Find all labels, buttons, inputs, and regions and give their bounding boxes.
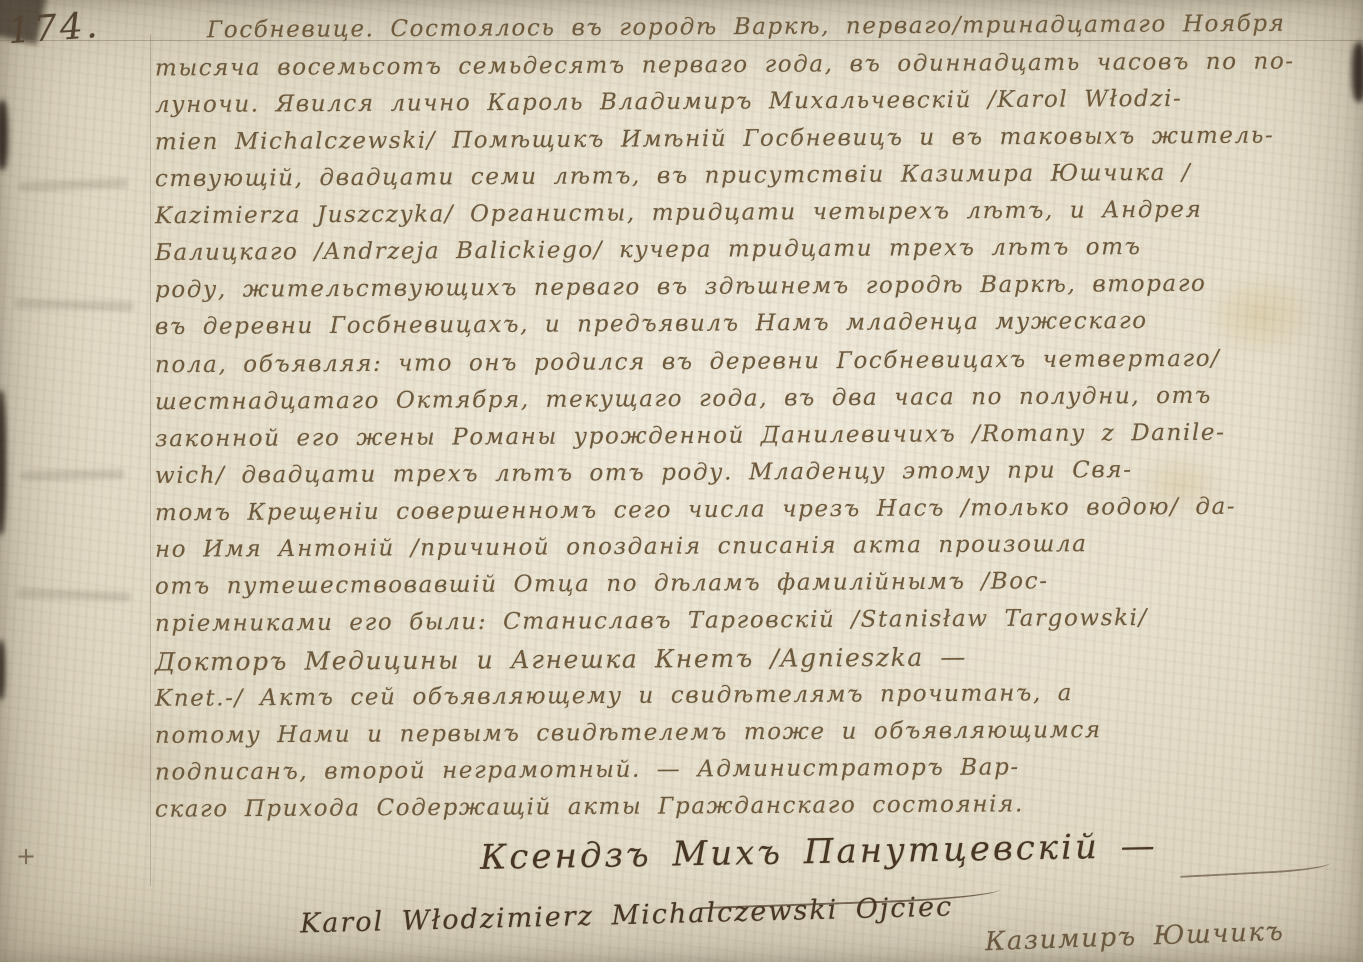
record-number: 174.	[7, 5, 102, 52]
text-line-1: Госбневице. Состоялось въ городѣ Варкѣ, …	[207, 11, 1286, 44]
text-line-19: Knet.-/ Актъ сей объявляющему и свидѣтел…	[155, 680, 1073, 712]
text-line-8: роду, жительствующихъ перваго въ здѣшнем…	[155, 271, 1207, 303]
text-line-13: wich/ двадцати трехъ лѣтъ отъ роду. Млад…	[155, 457, 1133, 489]
text-line-2: тысяча восемьсотъ семьдесятъ перваго год…	[155, 49, 1295, 82]
text-line-10: пола, объявляя: что онъ родился въ дерев…	[155, 346, 1221, 379]
signature-flourish	[1180, 858, 1330, 878]
text-line-12: законной его жены Романы урожденной Дани…	[155, 420, 1226, 453]
priest-signature: Ксендзъ Михъ Панутцевскій —	[480, 826, 1158, 878]
scanned-document-page: 174. + Госбневице. Состоялось въ городѣ …	[0, 0, 1363, 962]
bleedthrough-mark	[14, 298, 134, 311]
bleedthrough-mark	[18, 178, 128, 192]
bleedthrough-mark	[16, 588, 131, 602]
text-line-15: но Имя Антоній /причиной опозданія списа…	[155, 531, 1088, 563]
text-line-11: шестнадцатаго Октября, текущаго года, въ…	[155, 383, 1212, 415]
edge-smudge	[0, 390, 6, 535]
bleedthrough-mark	[20, 469, 125, 481]
text-line-7: Балицкаго /Andrzeja Balickiego/ кучера т…	[155, 234, 1142, 266]
text-line-14: томъ Крещеніи совершенномъ сего числа чр…	[155, 494, 1236, 527]
text-line-18: Докторъ Медицины и Агнешка Кнетъ /Agnies…	[155, 643, 967, 677]
text-line-6: Kazimierza Juszczyka/ Органисты, тридцат…	[155, 197, 1203, 229]
text-line-9: въ деревни Госбневицахъ, и предъявилъ На…	[155, 308, 1148, 340]
witness-signature: Казимиръ Юшчикъ	[985, 917, 1285, 957]
text-line-4: mien Michalczewski/ Помѣщикъ Имѣній Госб…	[155, 123, 1274, 156]
text-line-3: луночи. Явился лично Кароль Владимиръ Ми…	[155, 86, 1183, 118]
edge-smudge	[0, 100, 8, 170]
edge-smudge	[1352, 42, 1363, 102]
text-line-17: пріемниками его были: Станиславъ Тарговс…	[155, 605, 1148, 637]
text-line-5: ствующій, двадцати семи лѣтъ, въ присутс…	[155, 160, 1191, 192]
edge-smudge	[0, 640, 5, 700]
text-line-21: подписанъ, второй неграмотный. — Админис…	[155, 754, 1020, 785]
text-line-16: отъ путешествовавшій Отца по дѣламъ фами…	[155, 568, 1049, 599]
ruled-margin-line	[150, 34, 151, 886]
margin-cross-mark: +	[16, 842, 38, 870]
text-line-22: скаго Прихода Содержащій акты Гражданска…	[155, 791, 1024, 822]
text-line-20: потому Нами и первымъ свидѣтелемъ тоже и…	[155, 717, 1102, 749]
